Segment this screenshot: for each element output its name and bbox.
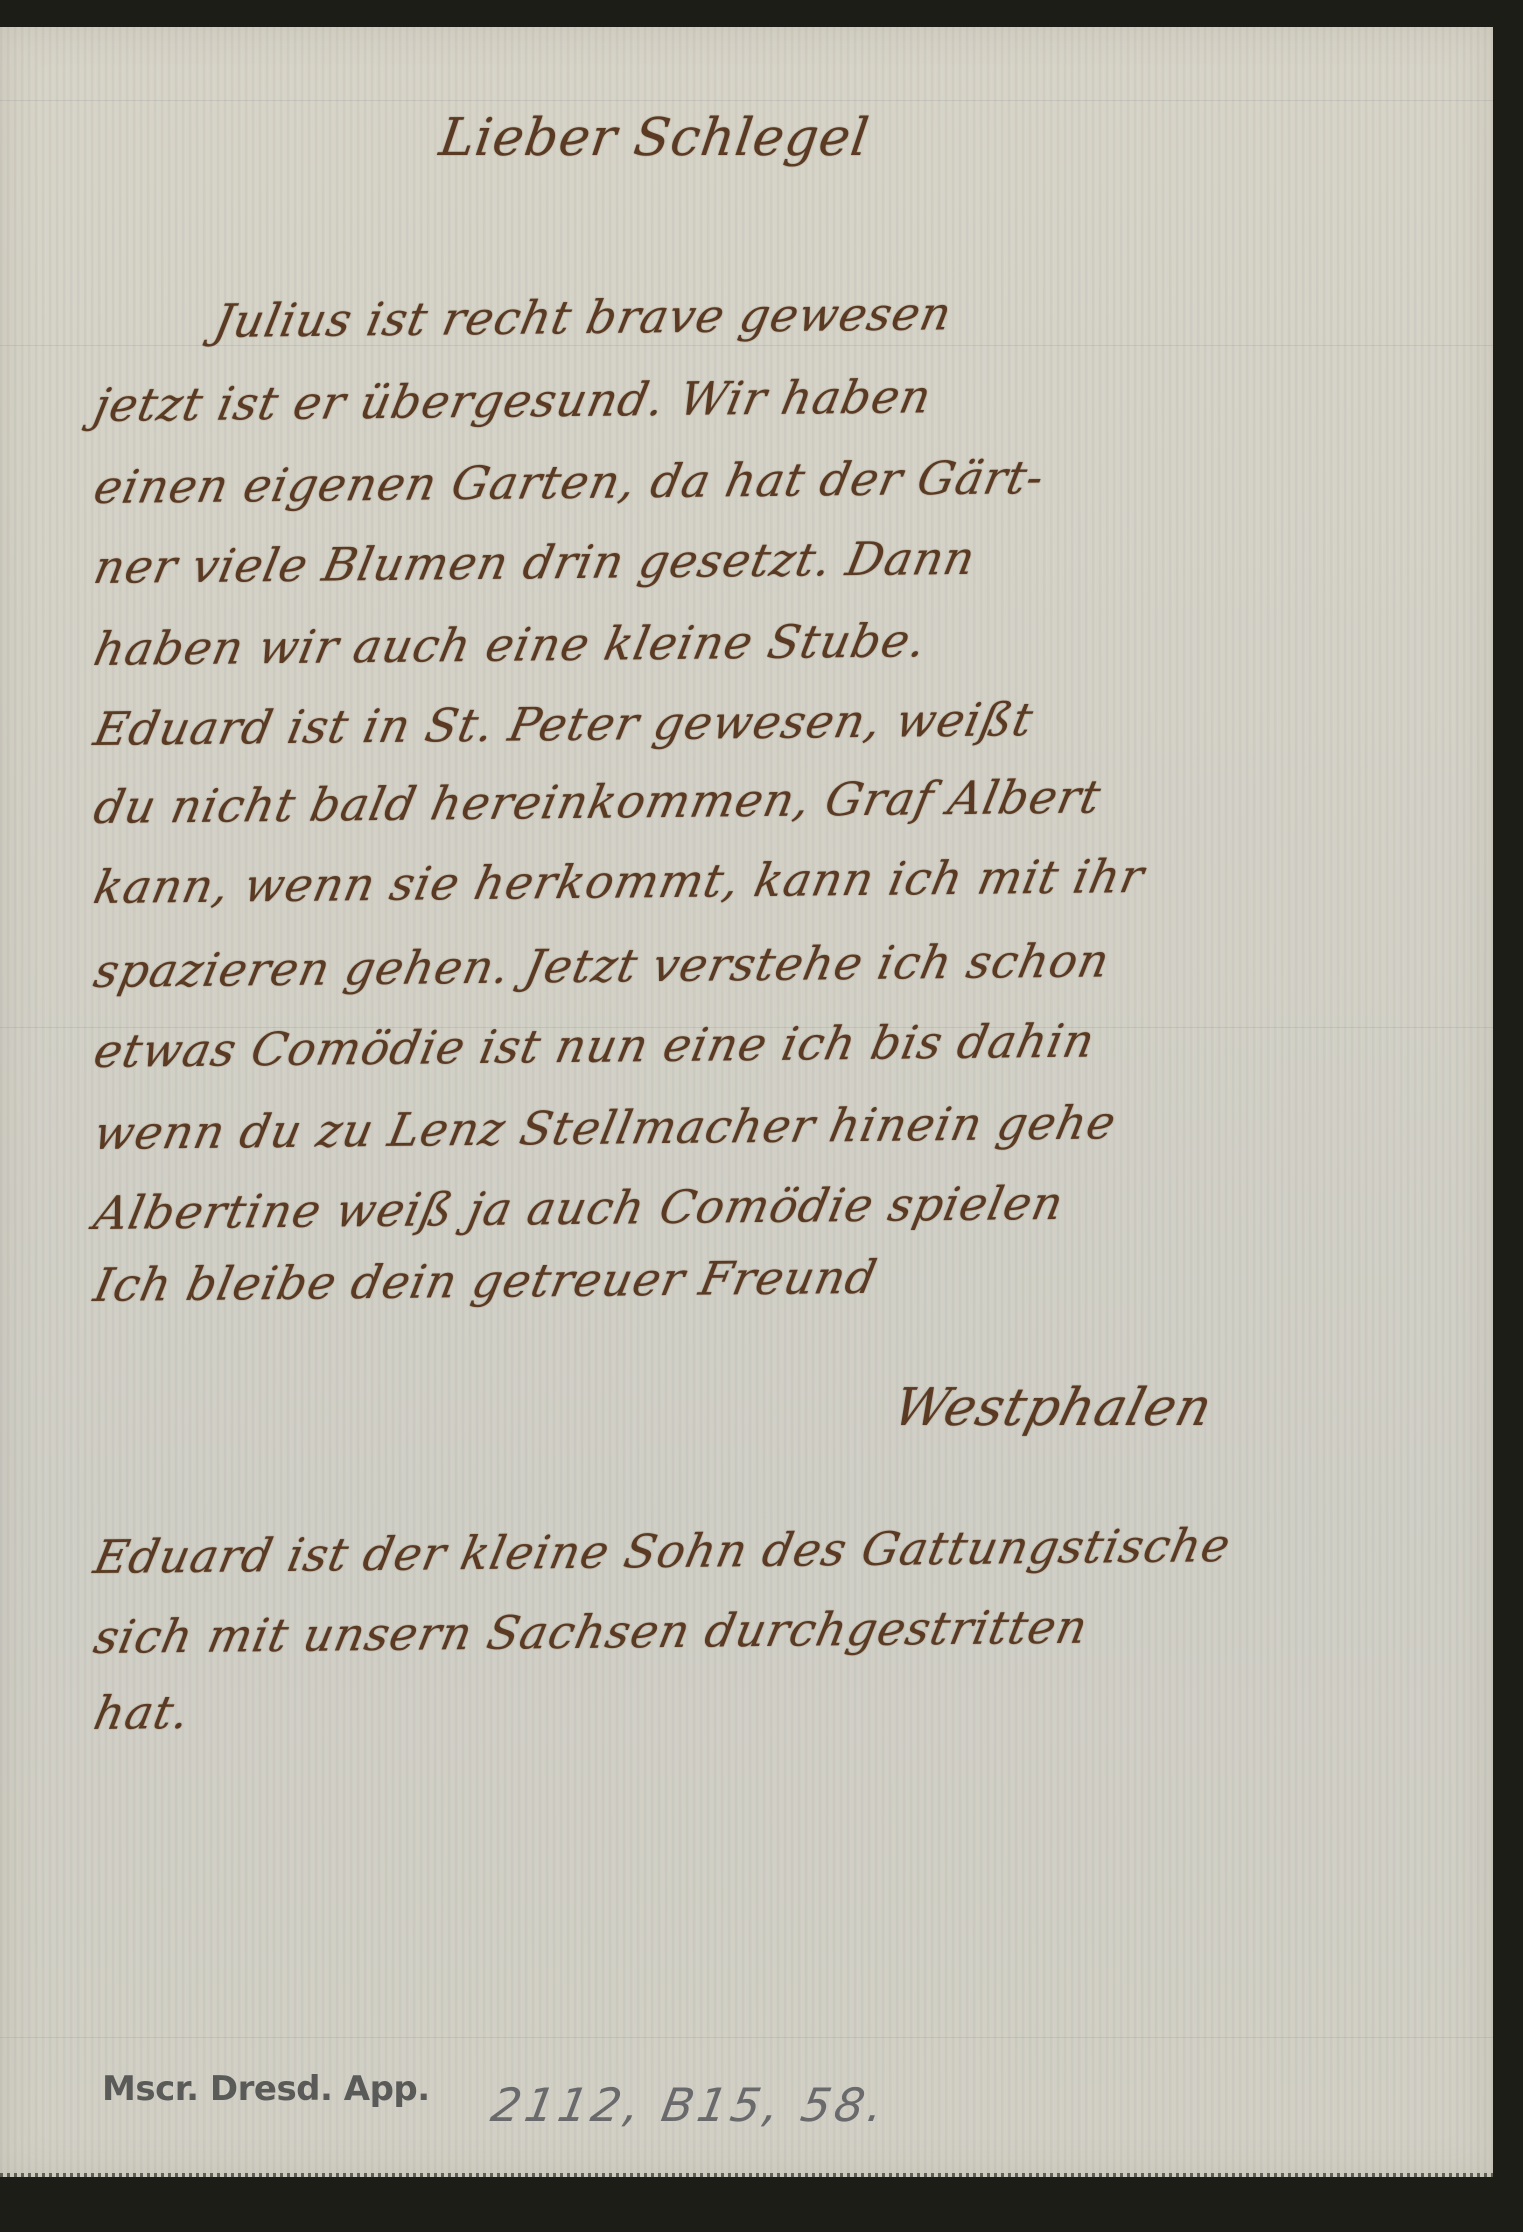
letter-line: etwas Comödie ist nun eine ich bis dahin: [90, 1014, 1100, 1078]
letter-line: kann, wenn sie herkommt, kann ich mit ih…: [90, 849, 1150, 914]
postscript-line: hat.: [90, 1685, 195, 1740]
fold-line: [0, 2037, 1493, 2038]
postscript-line: sich mit unsern Sachsen durchgestritten: [90, 1600, 1093, 1664]
letter-line: Albertine weiß ja auch Comödie spielen: [90, 1176, 1069, 1240]
letter-line: Eduard ist in St. Peter gewesen, weißt: [90, 692, 1039, 756]
letter-line: haben wir auch eine kleine Stube.: [90, 613, 932, 676]
letter-line: Julius ist recht brave gewesen: [210, 286, 957, 348]
shelf-number: 2112, B15, 58.: [487, 2078, 891, 2132]
letter-line: Ich bleibe dein getreuer Freund: [90, 1250, 882, 1312]
letter-line: spazieren gehen. Jetzt verstehe ich scho…: [90, 933, 1115, 998]
letter-line: ner viele Blumen drin gesetzt. Dann: [90, 531, 981, 594]
salutation: Lieber Schlegel: [436, 108, 873, 168]
fold-line: [0, 100, 1493, 101]
manuscript-scan: Lieber Schlegel Julius ist recht brave g…: [0, 0, 1523, 2232]
letter-line: einen eigenen Garten, da hat der Gärt-: [90, 450, 1050, 514]
archive-stamp: Mscr. Dresd. App.: [102, 2069, 430, 2109]
letter-line: jetzt ist er übergesund. Wir haben: [90, 369, 937, 432]
signature: Westphalen: [888, 1378, 1219, 1438]
letter-line: du nicht bald hereinkommen, Graf Albert: [90, 769, 1106, 834]
letter-line: wenn du zu Lenz Stellmacher hinein gehe: [90, 1095, 1122, 1160]
